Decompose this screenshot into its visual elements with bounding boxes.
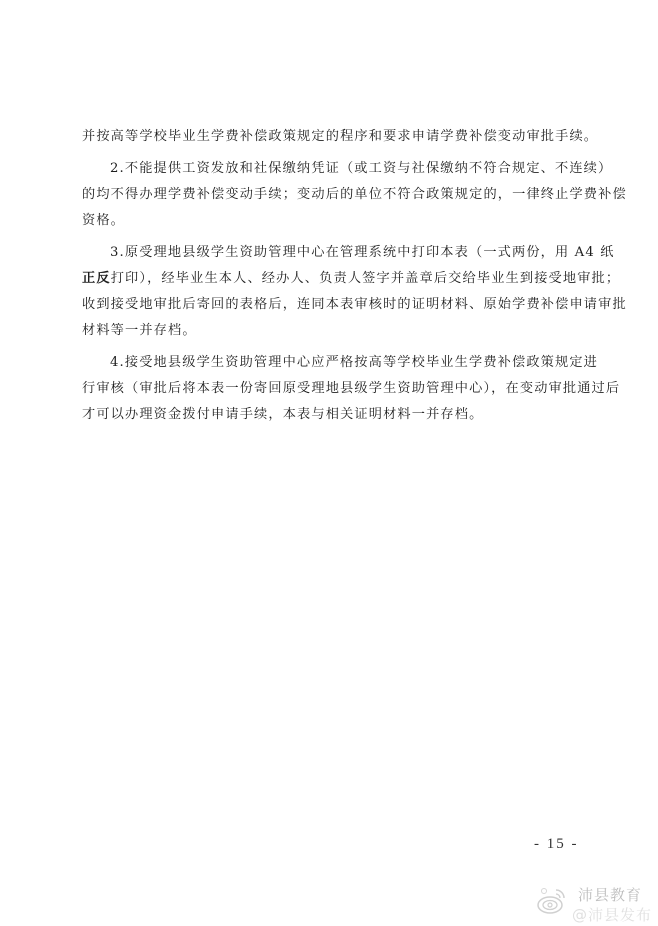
- paragraph-1-line-1: 并按高等学校毕业生学费补偿政策规定的程序和要求申请学费补偿变动审批手续。: [82, 124, 582, 150]
- paragraph-4-line-2: 行审核（审批后将本表一份寄回原受理地县级学生资助管理中心），在变动审批通过后: [82, 376, 582, 402]
- paragraph-2-line-3: 资格。: [82, 208, 582, 234]
- paragraph-4-line-1: 4.接受地县级学生资助管理中心应严格按高等学校毕业生学费补偿政策规定进: [82, 350, 582, 376]
- paragraph-3-line-1: 3.原受理地县级学生资助管理中心在管理系统中打印本表（一式两份，用 A4 纸: [82, 240, 582, 266]
- watermark: 沛县教育 @沛县发布: [536, 882, 658, 926]
- watermark-title: 沛县教育: [578, 884, 642, 905]
- paragraph-4-line-3: 才可以办理资金拨付申请手续，本表与相关证明材料一并存档。: [82, 402, 582, 428]
- document-body: 并按高等学校毕业生学费补偿政策规定的程序和要求申请学费补偿变动审批手续。 2.不…: [82, 124, 582, 428]
- page-number: - 15 -: [534, 836, 579, 853]
- paragraph-2-line-2: 的均不得办理学费补偿变动手续；变动后的单位不符合政策规定的，一律终止学费补偿: [82, 182, 582, 208]
- bold-prefix: 正反: [82, 271, 111, 286]
- weibo-logo-icon: [536, 884, 568, 916]
- paragraph-2: 2.不能提供工资发放和社保缴纳凭证（或工资与社保缴纳不符合规定、不连续） 的均不…: [82, 156, 582, 234]
- paragraph-3-line-2: 正反打印），经毕业生本人、经办人、负责人签字并盖章后交给毕业生到接受地审批；: [82, 266, 582, 292]
- paragraph-2-line-1: 2.不能提供工资发放和社保缴纳凭证（或工资与社保缴纳不符合规定、不连续）: [82, 156, 582, 182]
- paragraph-3: 3.原受理地县级学生资助管理中心在管理系统中打印本表（一式两份，用 A4 纸 正…: [82, 240, 582, 344]
- paragraph-3-line-2-text: 打印），经毕业生本人、经办人、负责人签字并盖章后交给毕业生到接受地审批；: [111, 271, 621, 286]
- paragraph-3-line-4: 材料等一并存档。: [82, 318, 582, 344]
- paragraph-4: 4.接受地县级学生资助管理中心应严格按高等学校毕业生学费补偿政策规定进 行审核（…: [82, 350, 582, 428]
- paragraph-3-line-3: 收到接受地审批后寄回的表格后，连同本表审核时的证明材料、原始学费补偿申请审批: [82, 292, 582, 318]
- watermark-subtitle: @沛县发布: [572, 904, 652, 925]
